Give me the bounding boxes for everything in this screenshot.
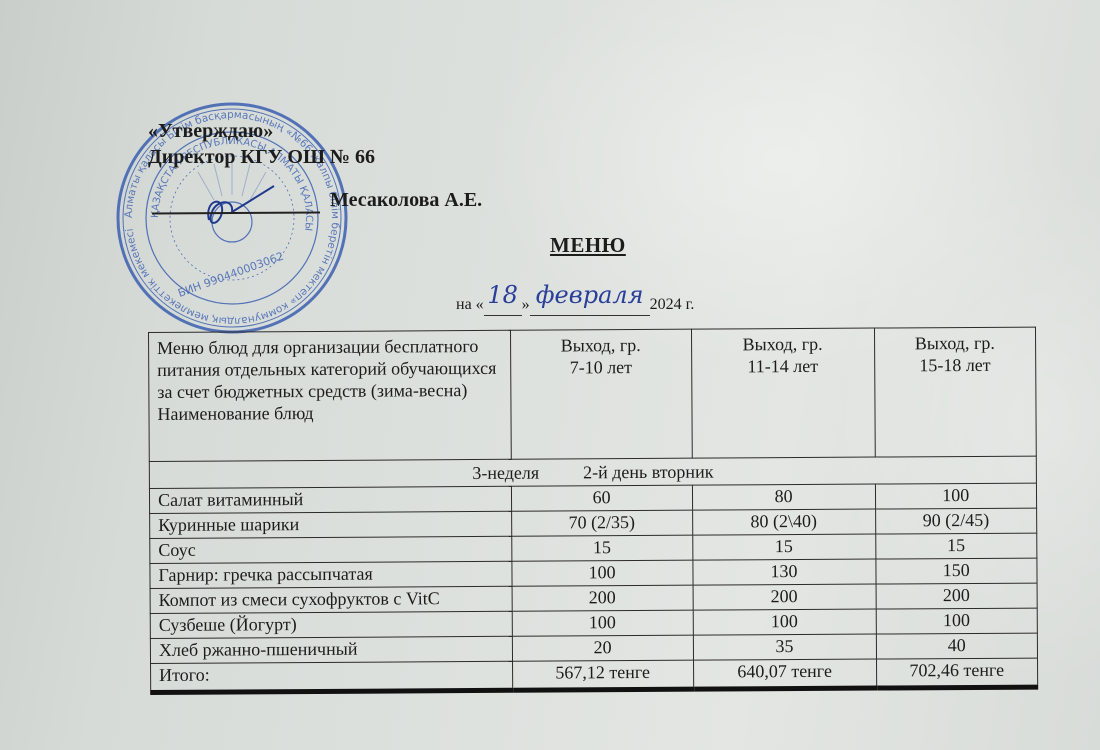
dish-name: Компот из смеси сухофруктов с VitC [150, 586, 512, 613]
total-7-10: 567,12 тенге [512, 660, 693, 690]
portion-15-18: 150 [875, 558, 1037, 584]
portion-15-18: 100 [876, 608, 1038, 634]
header-line1: Выход, гр. [519, 334, 683, 357]
header-line2: 15-18 лет [883, 354, 1028, 377]
total-row: Итого:567,12 тенге640,07 тенге702,46 тен… [151, 658, 1038, 692]
portion-7-10: 100 [512, 560, 693, 586]
director-label: Директор КГУ ОШ № 66 [148, 144, 375, 170]
date-day: 18 [487, 281, 518, 309]
total-label: Итого: [151, 661, 513, 692]
portion-7-10: 60 [511, 485, 692, 511]
header-age-11-14: Выход, гр.11-14 лет [691, 328, 875, 458]
date-month: февраля [536, 281, 644, 309]
portion-11-14: 200 [693, 584, 876, 610]
document-page: Алматы қаласы Білім басқармасының «№66 ж… [0, 0, 1100, 750]
dish-name: Куринные шарики [150, 511, 512, 538]
portion-15-18: 200 [876, 583, 1038, 609]
week-label: 3-неделя [472, 462, 539, 484]
dish-name: Хлеб ржанно-пшеничный [150, 636, 512, 663]
total-11-14: 640,07 тенге [693, 659, 876, 689]
portion-11-14: 100 [693, 609, 876, 635]
header-line2: 7-10 лет [519, 356, 683, 379]
header-line1: Выход, гр. [883, 332, 1028, 355]
portion-7-10: 70 (2/35) [511, 510, 692, 536]
header-line1: Выход, гр. [700, 333, 866, 356]
page-title: МЕНЮ [550, 233, 626, 258]
portion-11-14: 15 [692, 534, 875, 560]
dish-name: Сузбеше (Йогурт) [150, 611, 512, 638]
portion-7-10: 15 [511, 535, 692, 561]
header-age-15-18: Выход, гр.15-18 лет [874, 327, 1036, 457]
table-header-row: Меню блюд для организации бесплатного пи… [149, 327, 1037, 461]
portion-7-10: 200 [512, 585, 693, 611]
portion-7-10: 100 [512, 610, 693, 636]
date-suffix: 2024 г. [650, 296, 695, 313]
approved-label: «Утверждаю» [148, 118, 375, 144]
date-mid: » [522, 296, 530, 313]
portion-11-14: 80 (2\40) [692, 509, 875, 535]
header-dish-name: Меню блюд для организации бесплатного пи… [149, 330, 511, 461]
portion-11-14: 80 [692, 484, 875, 510]
portion-11-14: 35 [693, 634, 876, 660]
header-age-7-10: Выход, гр.7-10 лет [510, 329, 692, 459]
menu-date: на «18»февраля2024 г. [456, 287, 694, 316]
menu-table: Меню блюд для организации бесплатного пи… [148, 327, 1038, 695]
date-prefix: на « [456, 296, 484, 313]
total-15-18: 702,46 тенге [876, 658, 1038, 688]
portion-15-18: 40 [876, 633, 1038, 659]
header-line2: 11-14 лет [700, 355, 866, 378]
approval-block: «Утверждаю» Директор КГУ ОШ № 66 [148, 118, 375, 170]
portion-11-14: 130 [692, 559, 875, 585]
dish-name: Соус [150, 536, 512, 563]
portion-15-18: 100 [875, 483, 1037, 509]
day-label: 2-й день вторник [583, 461, 713, 484]
dish-name: Салат витаминный [149, 486, 511, 513]
portion-15-18: 90 (2/45) [875, 508, 1037, 534]
portion-15-18: 15 [875, 533, 1037, 559]
stamp-bin: БИН 990440003062 [176, 250, 285, 300]
director-name: Месаколова А.Е. [330, 189, 482, 212]
dish-name: Гарнир: гречка рассыпчатая [150, 561, 512, 588]
portion-7-10: 20 [512, 635, 693, 661]
